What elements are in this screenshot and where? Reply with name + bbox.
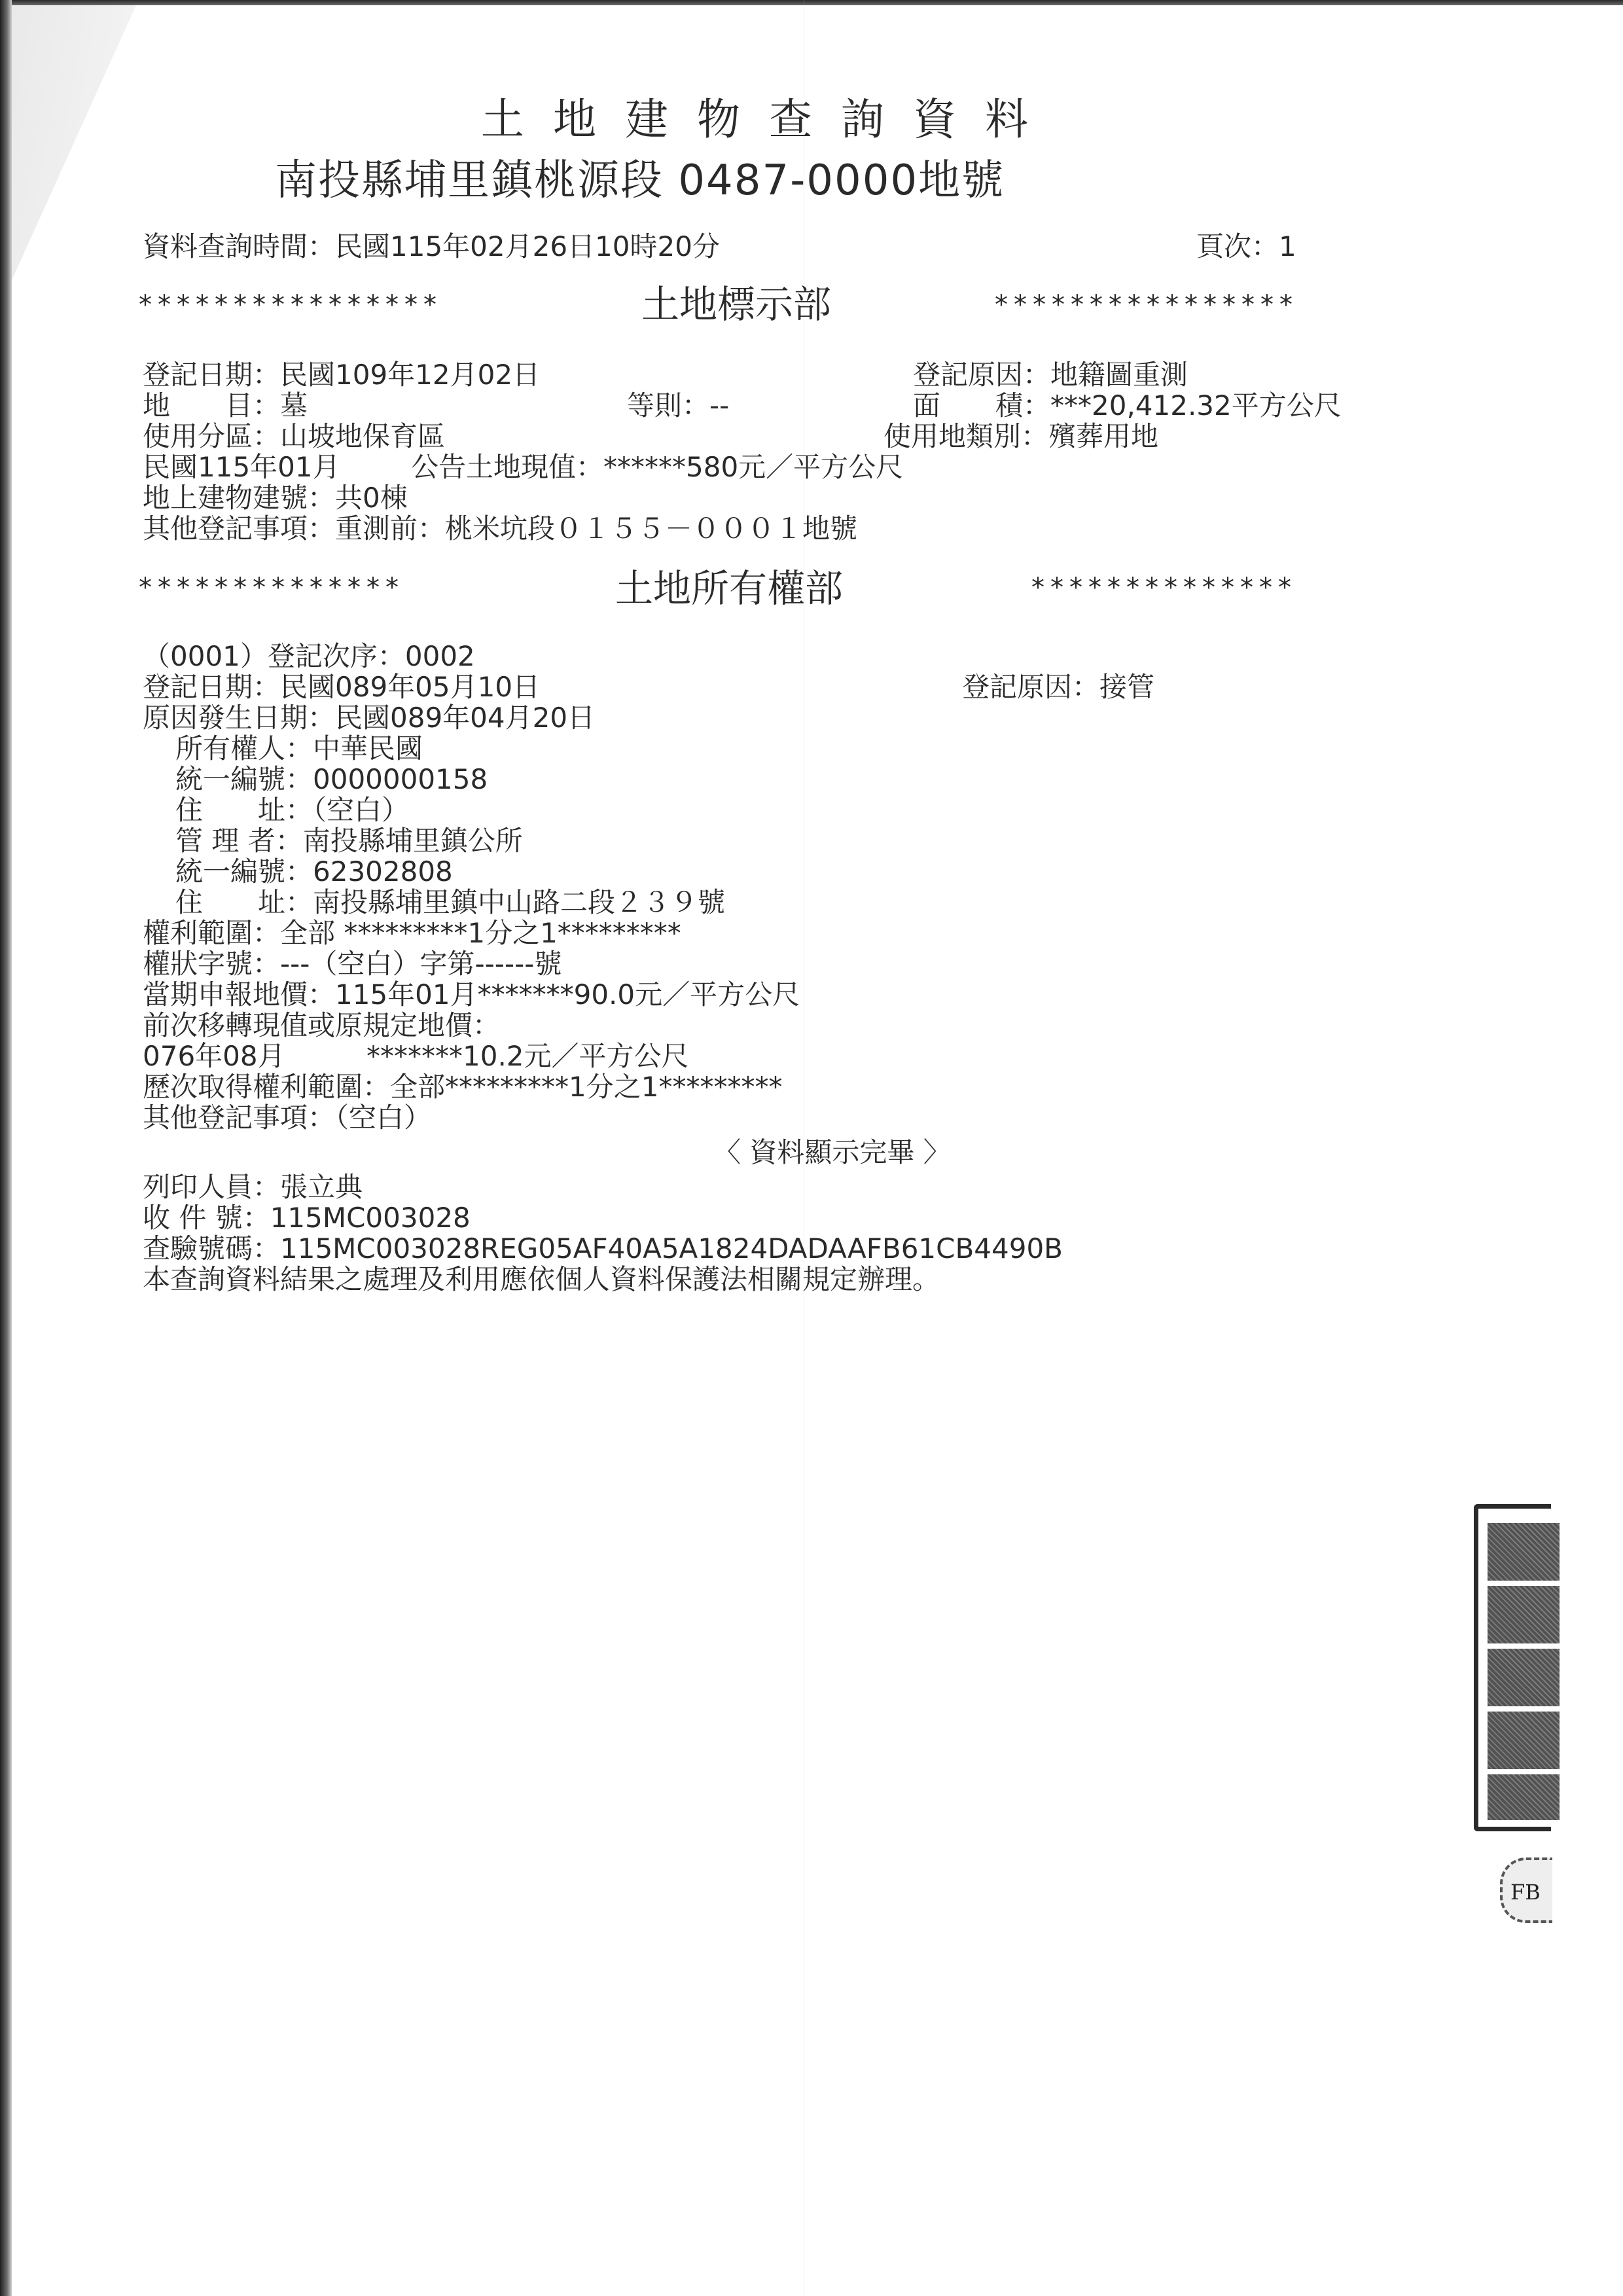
- manager-address: 住 址：南投縣埔里鎮中山路二段２３９號: [175, 889, 725, 916]
- certificate-no: 權狀字號：---（空白）字第------號: [143, 950, 562, 978]
- scanner-edge-left: [0, 0, 12, 2296]
- historic-scope: 歷次取得權利範圍：全部*********1分之1*********: [143, 1073, 782, 1101]
- ownership-other-notes: 其他登記事項：（空白）: [143, 1104, 431, 1132]
- declared-value: 當期申報地價：115年01月*******90.0元／平方公尺: [143, 981, 800, 1009]
- parcel-title: 南投縣埔里鎮桃源段 0487-0000地號: [275, 160, 1005, 202]
- land-area: 面 積：***20,412.32平方公尺: [913, 392, 1342, 420]
- stamp-glyph: [1488, 1712, 1560, 1769]
- privacy-notice: 本查詢資料結果之處理及利用應依個人資料保護法相關規定辦理。: [143, 1266, 940, 1293]
- land-reg-reason: 登記原因：地籍圖重測: [913, 361, 1188, 389]
- prev-value: *******10.2元／平方公尺: [366, 1043, 689, 1070]
- cause-date: 原因發生日期：民國089年04月20日: [143, 704, 595, 732]
- building-count: 地上建物建號：共0棟: [143, 484, 408, 512]
- printer-name: 列印人員：張立典: [143, 1174, 363, 1201]
- ownership-order: （0001）登記次序：0002: [143, 643, 475, 670]
- stamp-glyph: [1488, 1586, 1560, 1643]
- stamp-glyph: [1488, 1523, 1560, 1581]
- owner-address: 住 址：（空白）: [175, 797, 409, 824]
- section-stars-left: **************: [139, 575, 404, 601]
- seal-text: FB: [1510, 1880, 1541, 1905]
- document-title: 土地建物查詢資料: [481, 98, 1057, 141]
- scanner-edge-top: [0, 0, 1623, 5]
- land-zoning: 使用分區：山坡地保育區: [143, 423, 445, 450]
- prev-value-label: 前次移轉現值或原規定地價：: [143, 1012, 500, 1039]
- verification-code: 查驗號碼：115MC003028REG05AF40A5A1824DADAAFB6…: [143, 1235, 1063, 1263]
- stamp-glyph: [1488, 1649, 1560, 1706]
- folded-corner: [12, 5, 136, 280]
- owner: 所有權人：中華民國: [175, 735, 423, 762]
- page-number: 頁次：1: [1196, 233, 1296, 260]
- ownership-reg-date: 登記日期：民國089年05月10日: [143, 673, 540, 701]
- receipt-number: 收 件 號：115MC003028: [143, 1204, 471, 1232]
- section-stars-left: ****************: [139, 292, 442, 318]
- section-stars-right: ****************: [995, 292, 1298, 318]
- land-category: 地 目：墓: [143, 392, 308, 420]
- announced-value-date: 民國115年01月: [143, 454, 340, 481]
- query-time: 資料查詢時間：民國115年02月26日10時20分: [143, 233, 720, 260]
- ownership-reg-reason: 登記原因：接管: [962, 673, 1154, 701]
- land-other-notes: 其他登記事項：重測前：桃米坑段０１５５－０００１地號: [143, 515, 857, 543]
- manager: 管 理 者：南投縣埔里鎮公所: [175, 827, 523, 855]
- seal-mark: FB: [1500, 1857, 1552, 1923]
- section-stars-right: **************: [1031, 575, 1297, 601]
- land-use-type: 使用地類別：殯葬用地: [883, 423, 1158, 450]
- manager-id: 統一編號：62302808: [175, 858, 453, 886]
- owner-id: 統一編號：0000000158: [175, 766, 488, 793]
- prev-value-date: 076年08月: [143, 1043, 285, 1070]
- section-title-ownership: 土地所有權部: [615, 569, 843, 607]
- announced-value: 公告土地現值：******580元／平方公尺: [411, 454, 903, 481]
- section-title-land-marking: 土地標示部: [641, 285, 831, 323]
- rights-scope: 權利範圍：全部 *********1分之1*********: [143, 920, 681, 947]
- end-of-data-marker: 〈 資料顯示完畢 〉: [713, 1139, 951, 1166]
- land-grade: 等則：--: [627, 392, 729, 420]
- land-reg-date: 登記日期：民國109年12月02日: [143, 361, 540, 389]
- official-stamp: [1474, 1504, 1551, 1831]
- stamp-glyph: [1488, 1774, 1560, 1820]
